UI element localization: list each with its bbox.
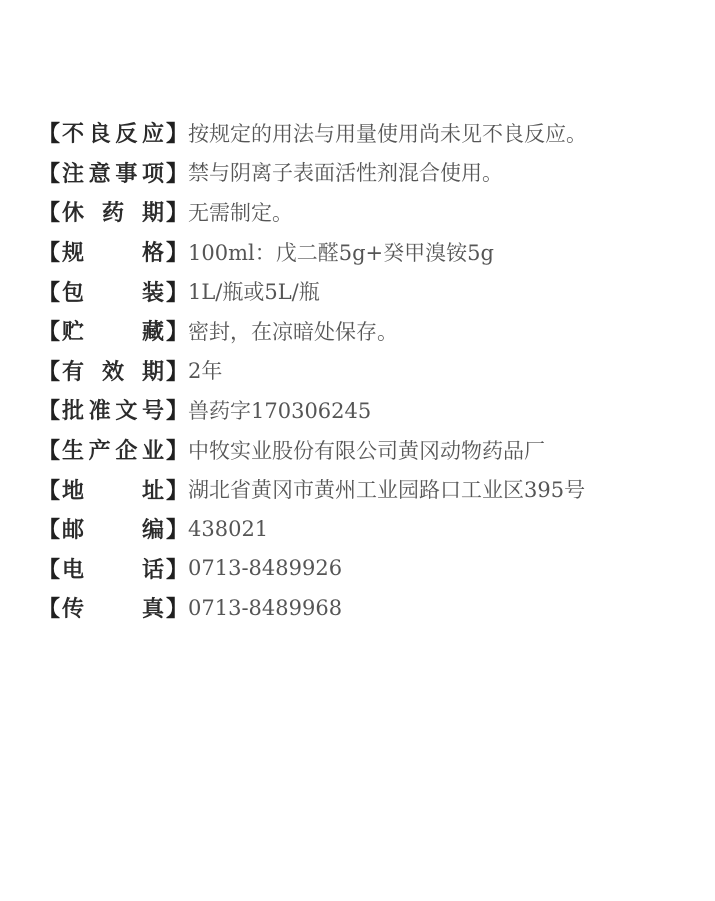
- field-label: 【 电话 】: [38, 553, 188, 584]
- bracket-open: 【: [38, 513, 60, 544]
- label-char: 效: [102, 355, 124, 386]
- info-row: 【 电话 】 0713-8489926: [38, 549, 587, 589]
- field-label-text: 传真: [60, 592, 166, 623]
- label-char: 藏: [142, 315, 164, 346]
- bracket-open: 【: [38, 553, 60, 584]
- field-value: 按规定的用法与用量使用尚未见不良反应。: [188, 118, 587, 148]
- bracket-open: 【: [38, 117, 60, 148]
- bracket-close: 】: [166, 117, 188, 148]
- field-value: 兽药字170306245: [188, 395, 371, 425]
- field-label-text: 生产企业: [60, 434, 166, 465]
- field-label: 【 不良反应 】: [38, 117, 188, 148]
- product-info-sheet: 【 不良反应 】 按规定的用法与用量使用尚未见不良反应。 【 注意事项 】 禁与…: [38, 113, 587, 628]
- bracket-close: 】: [166, 315, 188, 346]
- label-char: 期: [142, 355, 164, 386]
- field-value: 438021: [188, 517, 268, 541]
- field-label: 【 规格 】: [38, 236, 188, 267]
- field-value: 禁与阴离子表面活性剂混合使用。: [188, 157, 503, 187]
- label-char: 不: [62, 117, 84, 148]
- label-char: 应: [142, 117, 164, 148]
- label-char: 休: [62, 196, 84, 227]
- field-label-text: 电话: [60, 553, 166, 584]
- label-char: 号: [142, 394, 164, 425]
- field-value: 密封，在凉暗处保存。: [188, 316, 398, 346]
- field-label: 【 贮藏 】: [38, 315, 188, 346]
- field-value: 0713-8489926: [188, 556, 342, 580]
- label-char: 批: [62, 394, 84, 425]
- bracket-close: 】: [166, 553, 188, 584]
- label-char: 药: [102, 196, 124, 227]
- bracket-open: 【: [38, 276, 60, 307]
- field-value: 湖北省黄冈市黄州工业园路口工业区395号: [188, 474, 585, 504]
- field-value: 2年: [188, 355, 222, 385]
- info-row: 【 包装 】 1L/瓶或5L/瓶: [38, 271, 587, 311]
- label-char: 文: [115, 394, 137, 425]
- info-row: 【 邮编 】 438021: [38, 509, 587, 549]
- bracket-open: 【: [38, 236, 60, 267]
- field-value: 1L/瓶或5L/瓶: [188, 276, 320, 306]
- field-label-text: 批准文号: [60, 394, 166, 425]
- label-char: 良: [89, 117, 111, 148]
- label-char: 企: [115, 434, 137, 465]
- bracket-close: 】: [166, 196, 188, 227]
- info-row: 【 有效期 】 2年: [38, 351, 587, 391]
- label-char: 产: [89, 434, 111, 465]
- info-row: 【 传真 】 0713-8489968: [38, 588, 587, 628]
- field-label: 【 邮编 】: [38, 513, 188, 544]
- info-row: 【 不良反应 】 按规定的用法与用量使用尚未见不良反应。: [38, 113, 587, 153]
- label-char: 装: [142, 276, 164, 307]
- info-row: 【 生产企业 】 中牧实业股份有限公司黄冈动物药品厂: [38, 430, 587, 470]
- info-row: 【 规格 】 100ml：戊二醛5g+癸甲溴铵5g: [38, 232, 587, 272]
- field-label-text: 规格: [60, 236, 166, 267]
- bracket-open: 【: [38, 592, 60, 623]
- field-label: 【 批准文号 】: [38, 394, 188, 425]
- info-row: 【 贮藏 】 密封，在凉暗处保存。: [38, 311, 587, 351]
- bracket-close: 】: [166, 394, 188, 425]
- label-char: 编: [142, 513, 164, 544]
- field-label-text: 贮藏: [60, 315, 166, 346]
- bracket-close: 】: [166, 236, 188, 267]
- label-char: 电: [62, 553, 84, 584]
- label-char: 规: [62, 236, 84, 267]
- label-char: 生: [62, 434, 84, 465]
- bracket-open: 【: [38, 196, 60, 227]
- bracket-open: 【: [38, 355, 60, 386]
- bracket-open: 【: [38, 434, 60, 465]
- label-char: 项: [142, 157, 164, 188]
- label-char: 话: [142, 553, 164, 584]
- field-label: 【 地址 】: [38, 474, 188, 505]
- label-char: 有: [62, 355, 84, 386]
- field-label-text: 邮编: [60, 513, 166, 544]
- info-row: 【 批准文号 】 兽药字170306245: [38, 390, 587, 430]
- field-label: 【 注意事项 】: [38, 157, 188, 188]
- label-char: 事: [115, 157, 137, 188]
- bracket-close: 】: [166, 434, 188, 465]
- bracket-close: 】: [166, 474, 188, 505]
- label-char: 贮: [62, 315, 84, 346]
- field-value: 中牧实业股份有限公司黄冈动物药品厂: [188, 435, 545, 465]
- label-char: 包: [62, 276, 84, 307]
- field-value: 无需制定。: [188, 197, 293, 227]
- field-label: 【 包装 】: [38, 276, 188, 307]
- label-char: 地: [62, 474, 84, 505]
- label-char: 期: [142, 196, 164, 227]
- bracket-close: 】: [166, 592, 188, 623]
- bracket-close: 】: [166, 157, 188, 188]
- field-label-text: 注意事项: [60, 157, 166, 188]
- field-value: 100ml：戊二醛5g+癸甲溴铵5g: [188, 237, 494, 267]
- label-char: 真: [142, 592, 164, 623]
- field-label: 【 有效期 】: [38, 355, 188, 386]
- info-row: 【 注意事项 】 禁与阴离子表面活性剂混合使用。: [38, 153, 587, 193]
- label-char: 注: [62, 157, 84, 188]
- info-row: 【 休药期 】 无需制定。: [38, 192, 587, 232]
- field-label-text: 不良反应: [60, 117, 166, 148]
- bracket-open: 【: [38, 315, 60, 346]
- bracket-close: 】: [166, 355, 188, 386]
- bracket-close: 】: [166, 276, 188, 307]
- label-char: 反: [115, 117, 137, 148]
- field-value: 0713-8489968: [188, 596, 342, 620]
- field-label-text: 包装: [60, 276, 166, 307]
- label-char: 邮: [62, 513, 84, 544]
- label-char: 传: [62, 592, 84, 623]
- bracket-close: 】: [166, 513, 188, 544]
- label-char: 格: [142, 236, 164, 267]
- label-char: 意: [89, 157, 111, 188]
- label-char: 业: [142, 434, 164, 465]
- field-label: 【 休药期 】: [38, 196, 188, 227]
- bracket-open: 【: [38, 474, 60, 505]
- bracket-open: 【: [38, 394, 60, 425]
- field-label-text: 地址: [60, 474, 166, 505]
- bracket-open: 【: [38, 157, 60, 188]
- field-label: 【 传真 】: [38, 592, 188, 623]
- field-label-text: 有效期: [60, 355, 166, 386]
- label-char: 址: [142, 474, 164, 505]
- info-row: 【 地址 】 湖北省黄冈市黄州工业园路口工业区395号: [38, 469, 587, 509]
- label-char: 准: [89, 394, 111, 425]
- field-label: 【 生产企业 】: [38, 434, 188, 465]
- field-label-text: 休药期: [60, 196, 166, 227]
